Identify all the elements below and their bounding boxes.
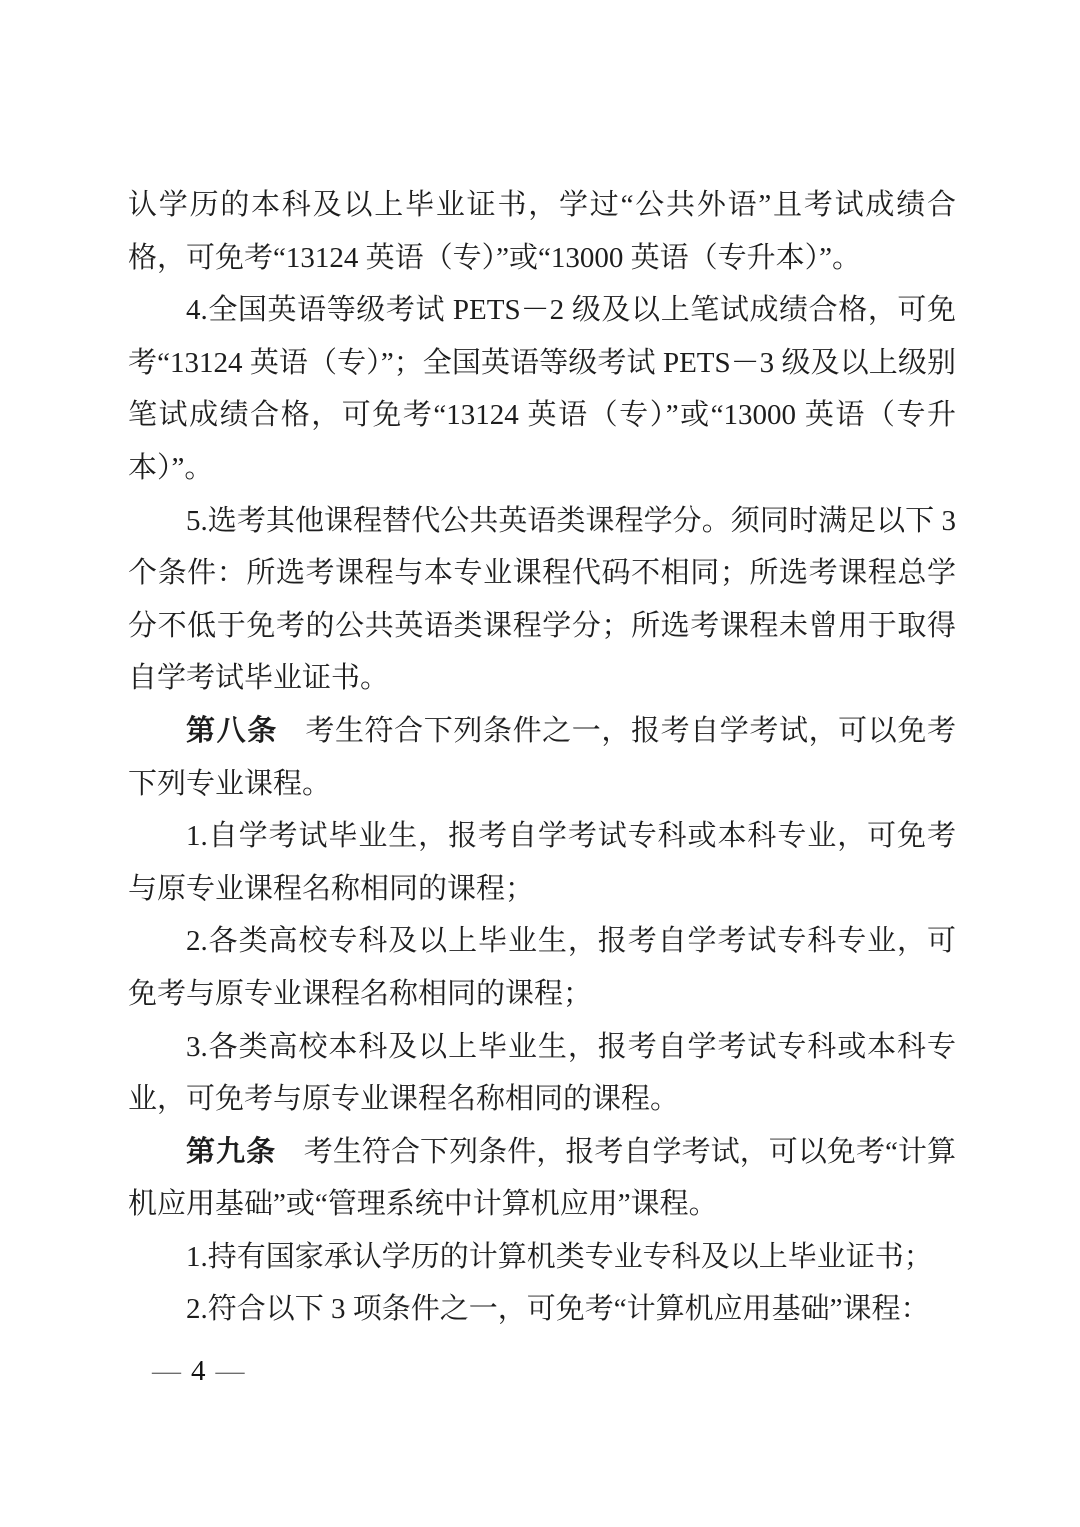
- paragraph: 1.自学考试毕业生，报考自学考试专科或本科专业，可免考与原专业课程名称相同的课程…: [128, 810, 956, 915]
- page-number-right-dash: —: [216, 1355, 245, 1387]
- paragraph-text: 1.自学考试毕业生，报考自学考试专科或本科专业，可免考与原专业课程名称相同的课程…: [128, 820, 956, 905]
- page-number: —4—: [152, 1350, 245, 1394]
- paragraph: 1.持有国家承认学历的计算机类专业专科及以上毕业证书；: [128, 1231, 956, 1284]
- article-heading: 第八条: [186, 715, 278, 747]
- paragraph-article-8: 第八条考生符合下列条件之一，报考自学考试，可以免考下列专业课程。: [128, 705, 956, 810]
- paragraph-text: 1.持有国家承认学历的计算机类专业专科及以上毕业证书；: [186, 1241, 933, 1273]
- page-number-value: 4: [191, 1355, 206, 1387]
- paragraph-text: 5.选考其他课程替代公共英语类课程学分。须同时满足以下 3 个条件：所选考课程与…: [128, 505, 956, 695]
- paragraph-text: 2.符合以下 3 项条件之一，可免考“计算机应用基础”课程：: [186, 1293, 930, 1325]
- paragraph-text: 3.各类高校本科及以上毕业生，报考自学考试专科或本科专业，可免考与原专业课程名称…: [128, 1031, 956, 1116]
- paragraph: 3.各类高校本科及以上毕业生，报考自学考试专科或本科专业，可免考与原专业课程名称…: [128, 1021, 956, 1126]
- paragraph: 2.各类高校专科及以上毕业生，报考自学考试专科专业，可免考与原专业课程名称相同的…: [128, 915, 956, 1020]
- paragraph: 5.选考其他课程替代公共英语类课程学分。须同时满足以下 3 个条件：所选考课程与…: [128, 495, 956, 705]
- paragraph: 认学历的本科及以上毕业证书，学过“公共外语”且考试成绩合格，可免考“13124 …: [128, 179, 956, 284]
- paragraph: 4.全国英语等级考试 PETS－2 级及以上笔试成绩合格，可免考“13124 英…: [128, 284, 956, 494]
- paragraph-text: 4.全国英语等级考试 PETS－2 级及以上笔试成绩合格，可免考“13124 英…: [128, 294, 956, 484]
- paragraph-text: 2.各类高校专科及以上毕业生，报考自学考试专科专业，可免考与原专业课程名称相同的…: [128, 925, 956, 1010]
- paragraph-text: 认学历的本科及以上毕业证书，学过“公共外语”且考试成绩合格，可免考“13124 …: [128, 189, 956, 274]
- paragraph-article-9: 第九条考生符合下列条件，报考自学考试，可以免考“计算机应用基础”或“管理系统中计…: [128, 1126, 956, 1231]
- page-number-left-dash: —: [152, 1355, 181, 1387]
- document-body: 认学历的本科及以上毕业证书，学过“公共外语”且考试成绩合格，可免考“13124 …: [128, 179, 956, 1336]
- article-heading: 第九条: [186, 1136, 276, 1168]
- document-page: 认学历的本科及以上毕业证书，学过“公共外语”且考试成绩合格，可免考“13124 …: [0, 0, 1080, 1527]
- paragraph: 2.符合以下 3 项条件之一，可免考“计算机应用基础”课程：: [128, 1283, 956, 1336]
